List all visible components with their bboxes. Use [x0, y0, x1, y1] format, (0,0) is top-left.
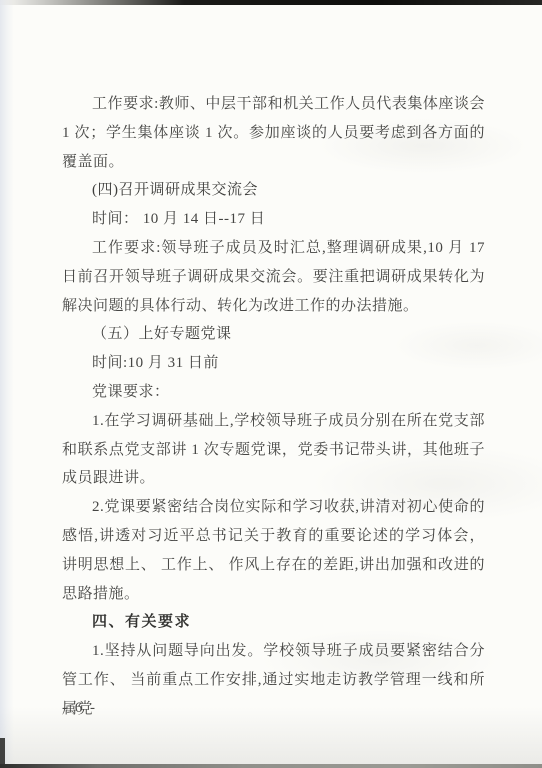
scan-artifact-bottom-left — [0, 738, 5, 766]
label-party-lecture-requirements: 党课要求： — [62, 378, 485, 407]
page-number: - 6 - — [62, 700, 97, 717]
section-heading-four-requirements: 四、有关要求 — [62, 608, 485, 637]
scanned-document-page: 工作要求:教师、中层干部和机关工作人员代表集体座谈会 1 次；学生集体座谈 1 … — [0, 0, 542, 768]
time-line-oct-31: 时间:10 月 31 日前 — [62, 349, 485, 378]
time-line-oct-14-17: 时间： 10 月 14 日--17 日 — [62, 205, 485, 234]
section-heading-iv-exchange-meeting: (四)召开调研成果交流会 — [62, 176, 485, 205]
scan-edge-top — [0, 0, 542, 5]
paragraph-symposium-work-requirement: 工作要求:教师、中层干部和机关工作人员代表集体座谈会 1 次；学生集体座谈 1 … — [62, 90, 485, 176]
document-body: 工作要求:教师、中层干部和机关工作人员代表集体座谈会 1 次；学生集体座谈 1 … — [62, 90, 485, 724]
scan-edge-bottom — [0, 764, 542, 768]
paragraph-exchange-work-requirement: 工作要求:领导班子成员及时汇总,整理调研成果,10 月 17 日前召开领导班子调… — [62, 234, 485, 320]
paragraph-lecture-item-2: 2.党课要紧密结合岗位实际和学习收获,讲清对初心使命的感悟,讲透对习近平总书记关… — [62, 493, 485, 608]
paragraph-lecture-item-1: 1.在学习调研基础上,学校领导班子成员分别在所在党支部和联系点党支部讲 1 次专… — [62, 407, 485, 493]
section-heading-v-party-lecture: （五）上好专题党课 — [62, 320, 485, 349]
paragraph-requirement-item-1: 1.坚持从问题导向出发。学校领导班子成员要紧密结合分管工作、 当前重点工作安排,… — [62, 637, 485, 723]
